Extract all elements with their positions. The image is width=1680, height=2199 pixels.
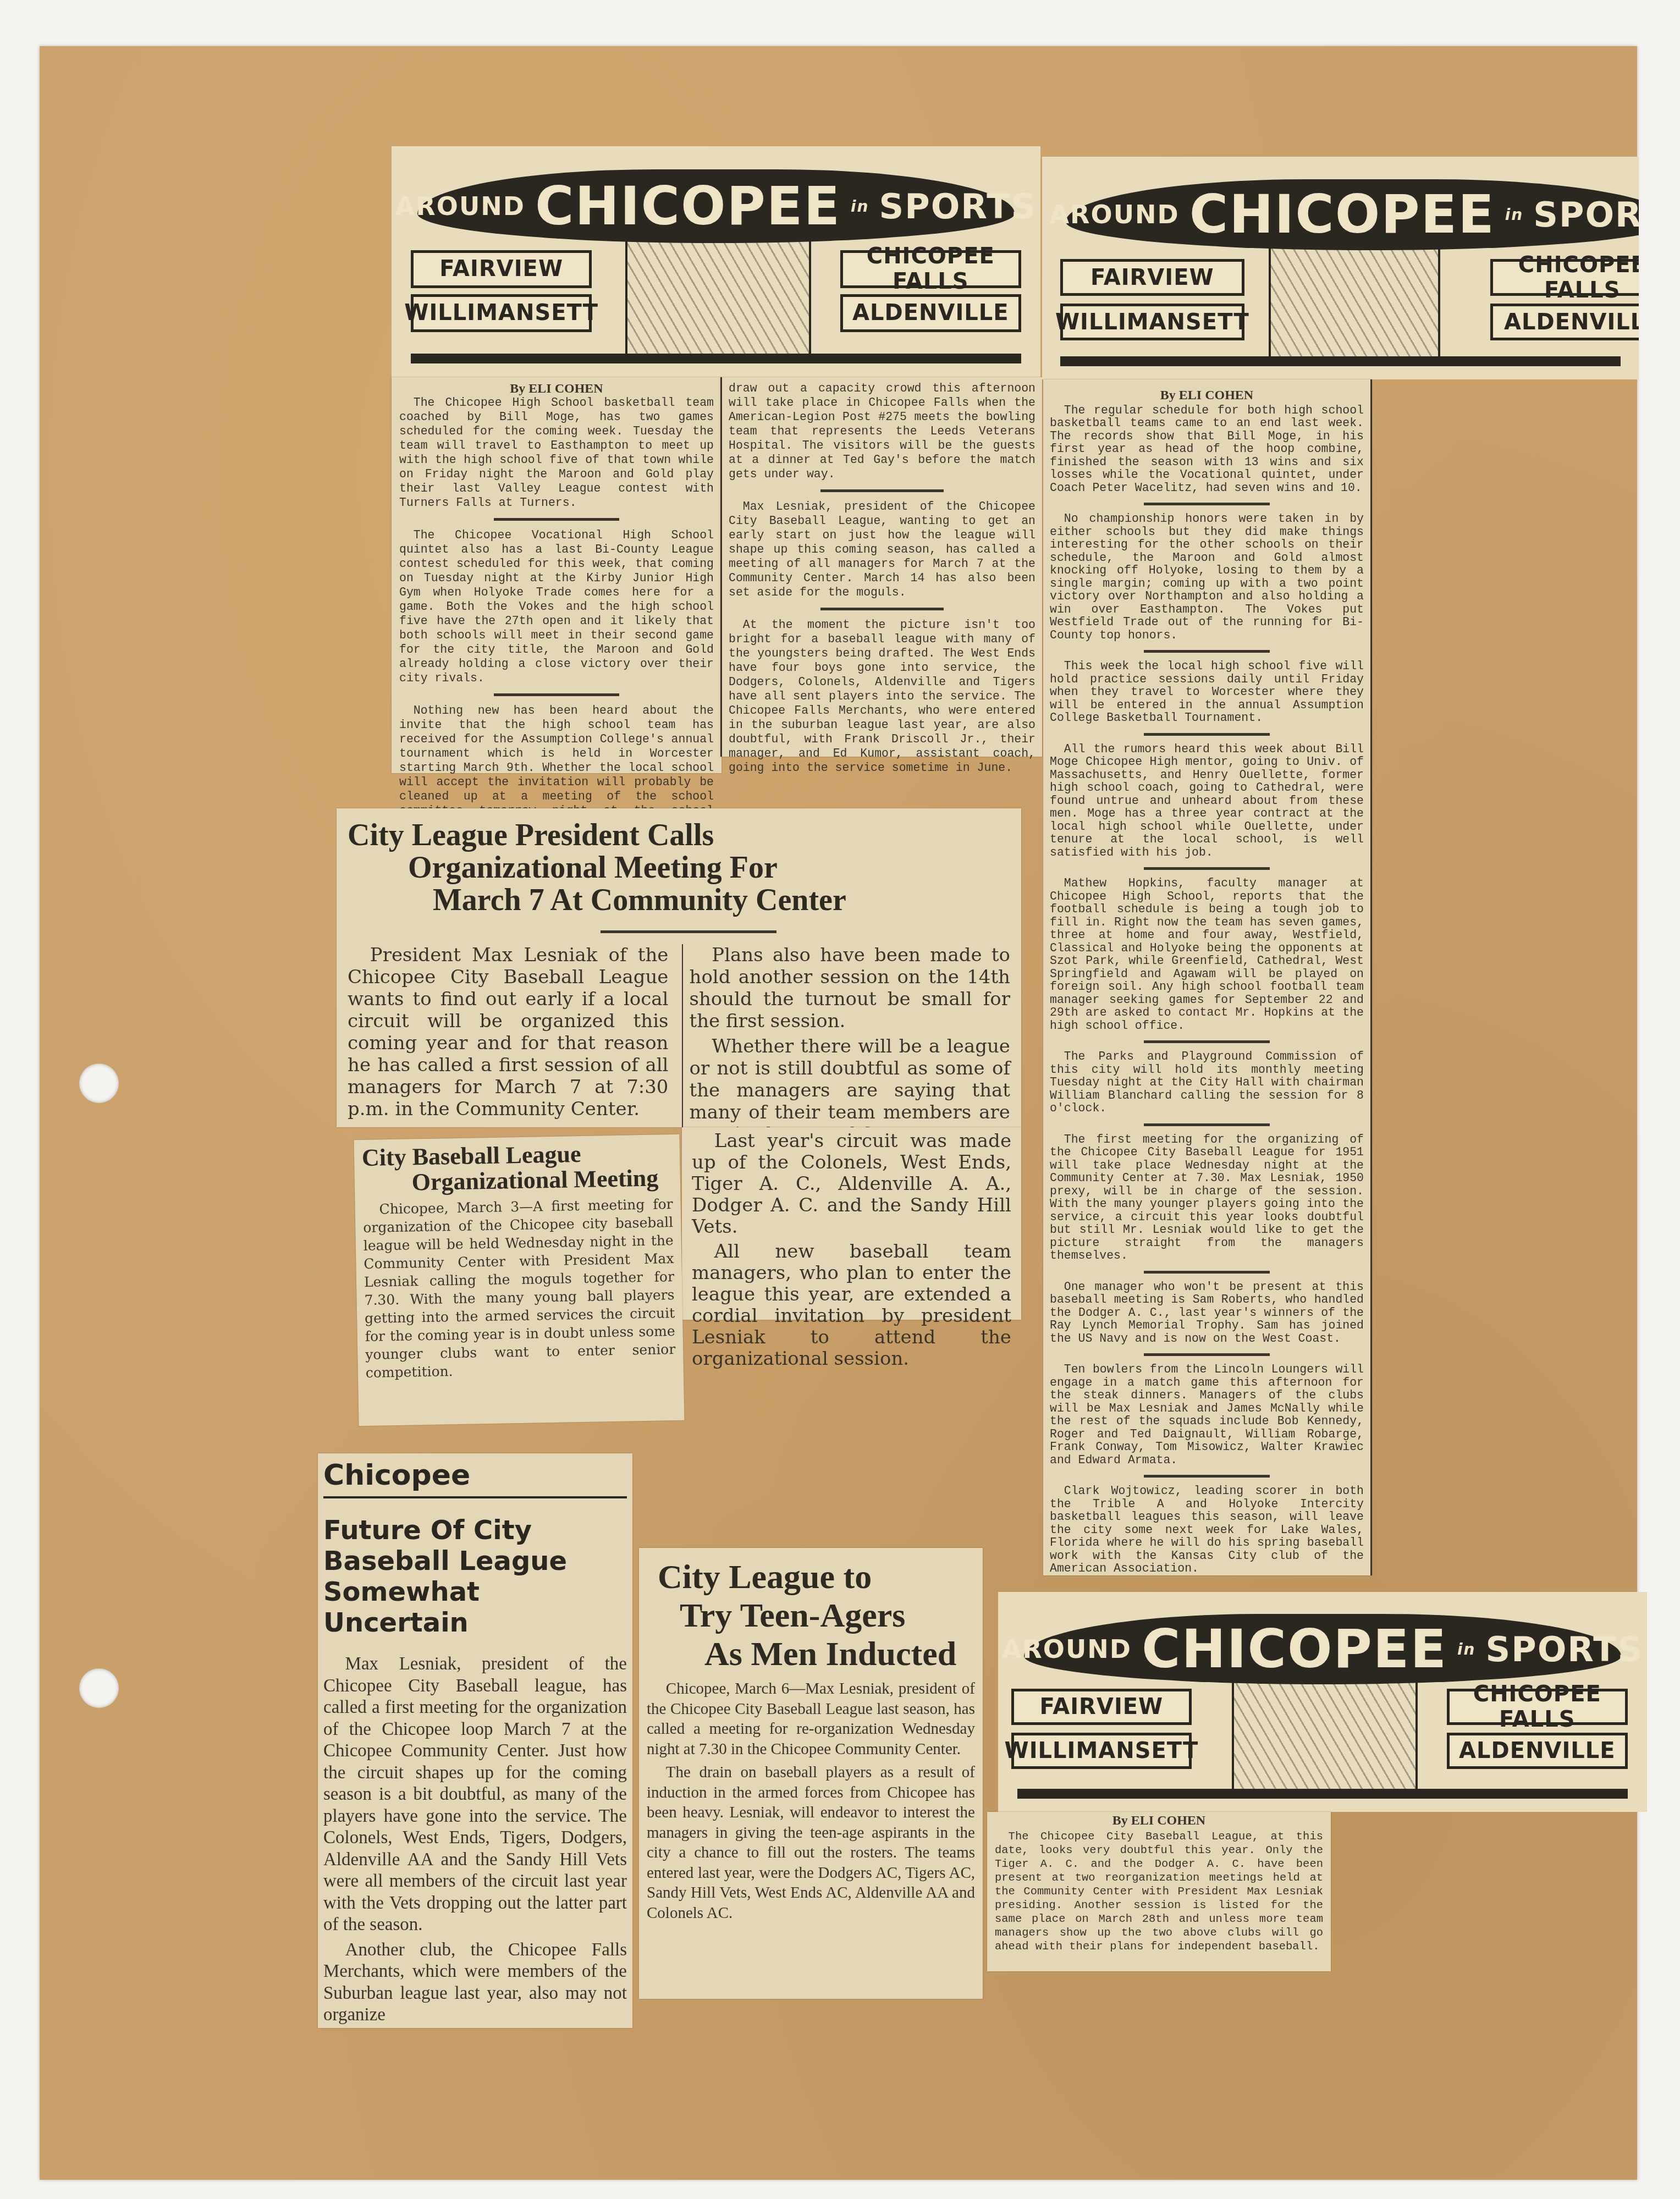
banner-tag-fairview: FAIRVIEW [1060, 259, 1245, 296]
paragraph: Max Lesniak, president of the Chicopee C… [323, 1654, 627, 1936]
paragraph: One manager who won't be present at this… [1050, 1281, 1364, 1346]
paragraph: All new baseball team managers, who plan… [692, 1241, 1011, 1370]
banner-tag-willimansett: WILLIMANSETT [411, 294, 592, 332]
paragraph: The drain on baseball players as a resul… [647, 1762, 975, 1923]
divider [1144, 1271, 1269, 1274]
divider [820, 489, 943, 492]
binder-hole-lower [79, 1668, 119, 1708]
banner-tag-fairview: FAIRVIEW [411, 250, 592, 288]
paragraph: Another club, the Chicopee Falls Merchan… [323, 1939, 627, 2026]
column-right: Plans also have been made to hold anothe… [682, 944, 1011, 1149]
paragraph: The Chicopee High School basketball team… [399, 396, 714, 510]
paragraph: draw out a capacity crowd this afternoon… [729, 382, 1035, 482]
byline: By ELI COHEN [995, 1814, 1323, 1828]
column-clipping-1b: draw out a capacity crowd this afternoon… [720, 377, 1042, 757]
paragraph: Ten bowlers from the Lincoln Loungers wi… [1050, 1364, 1364, 1467]
headline: Future Of City Baseball League Somewhat … [323, 1515, 627, 1638]
paragraph: This week the local high school five wil… [1050, 660, 1364, 725]
paragraph: Last year's circuit was made up of the C… [692, 1131, 1011, 1238]
section-rule [323, 1496, 627, 1498]
divider [1144, 1040, 1269, 1043]
banner-ground-line [411, 354, 1021, 363]
column-clipping-1a: By ELI COHEN The Chicopee High School ba… [392, 377, 721, 773]
headline: City Baseball League Organizational Meet… [362, 1140, 673, 1196]
divider [1144, 867, 1269, 870]
sports-cartoon-illustration [625, 239, 811, 354]
byline: By ELI COHEN [399, 382, 714, 396]
paragraph: The Parks and Playground Commission of t… [1050, 1051, 1364, 1116]
banner-tag-aldenville: ALDENVILLE [1490, 304, 1639, 340]
banner-ground-line [1017, 1789, 1627, 1799]
clipping-teen-agers: City League to Try Teen-Agers As Men Ind… [639, 1548, 983, 1999]
paragraph: The regular schedule for both high schoo… [1050, 405, 1364, 495]
headline: City League to Try Teen-Agers As Men Ind… [647, 1558, 975, 1673]
paragraph: Plans also have been made to hold anothe… [690, 944, 1011, 1032]
paragraph: The Chicopee City Baseball League, at th… [995, 1830, 1323, 1954]
section-label: Chicopee [323, 1459, 627, 1492]
column-clipping-2: By ELI COHEN The regular schedule for bo… [1043, 379, 1372, 1575]
banner-tag-aldenville: ALDENVILLE [1447, 1733, 1628, 1769]
paragraph: All the rumors heard this week about Bil… [1050, 743, 1364, 860]
divider [1144, 1123, 1269, 1126]
banner-tag-aldenville: ALDENVILLE [840, 294, 1021, 332]
banner-tag-chicopee-falls: CHICOPEE FALLS [1447, 1689, 1628, 1725]
sports-cartoon-illustration [1269, 246, 1440, 357]
divider [1144, 733, 1269, 736]
banner-tag-willimansett: WILLIMANSETT [1011, 1733, 1192, 1769]
paragraph: Mathew Hopkins, faculty manager at Chico… [1050, 878, 1364, 1033]
banner-ribbon: AROUND CHICOPEE in SPORTS [417, 169, 1015, 243]
column-clipping-3: By ELI COHEN The Chicopee City Baseball … [987, 1812, 1331, 1971]
banner-ribbon: AROUND CHICOPEE in SPORTS [1066, 179, 1639, 251]
divider [1144, 1475, 1269, 1478]
byline: By ELI COHEN [1050, 389, 1364, 403]
banner-tag-willimansett: WILLIMANSETT [1060, 304, 1245, 340]
binder-hole-upper [79, 1063, 119, 1103]
paragraph: The Chicopee Vocational High School quin… [399, 528, 714, 686]
headline: City League President Calls Organization… [348, 819, 1010, 916]
clipping-future-of-city-baseball: Chicopee Future Of City Baseball League … [318, 1453, 632, 2028]
divider [601, 930, 776, 933]
paragraph: Chicopee, March 6—Max Lesniak, president… [647, 1679, 975, 1759]
paragraph: Clark Wojtowicz, leading scorer in both … [1050, 1485, 1364, 1576]
banner-tag-chicopee-falls: CHICOPEE FALLS [1490, 259, 1639, 296]
divider [1144, 650, 1269, 653]
sports-cartoon-illustration [1232, 1680, 1418, 1790]
divider [1144, 503, 1269, 505]
divider [494, 693, 620, 696]
paragraph: Chicopee, March 3—A first meeting for or… [362, 1195, 676, 1382]
clipping-city-league-president: City League President Calls Organization… [337, 808, 1021, 1127]
paragraph: President Max Lesniak of the Chicopee Ci… [348, 944, 669, 1120]
paragraph: No championship honors were taken in by … [1050, 513, 1364, 642]
around-chicopee-banner-3: AROUND CHICOPEE in SPORTS FAIRVIEW WILLI… [998, 1592, 1647, 1812]
paragraph: Max Lesniak, president of the Chicopee C… [729, 500, 1035, 600]
divider [820, 608, 943, 610]
banner-ribbon: AROUND CHICOPEE in SPORTS [1024, 1614, 1621, 1684]
paragraph: The first meeting for the organizing of … [1050, 1134, 1364, 1263]
banner-tag-chicopee-falls: CHICOPEE FALLS [840, 250, 1021, 288]
around-chicopee-banner-1: AROUND CHICOPEE in SPORTS FAIRVIEW WILLI… [392, 146, 1040, 377]
banner-tag-fairview: FAIRVIEW [1011, 1689, 1192, 1725]
clipping-city-baseball-league-meeting: City Baseball League Organizational Meet… [354, 1134, 685, 1426]
clipping-city-league-president-continued: Last year's circuit was made up of the C… [682, 1127, 1021, 1320]
around-chicopee-banner-2: AROUND CHICOPEE in SPORTS FAIRVIEW WILLI… [1042, 157, 1639, 379]
column-left: President Max Lesniak of the Chicopee Ci… [348, 944, 674, 1149]
divider [1144, 1353, 1269, 1356]
paragraph: At the moment the picture isn't too brig… [729, 618, 1035, 775]
divider [494, 518, 620, 521]
banner-ground-line [1060, 356, 1621, 366]
